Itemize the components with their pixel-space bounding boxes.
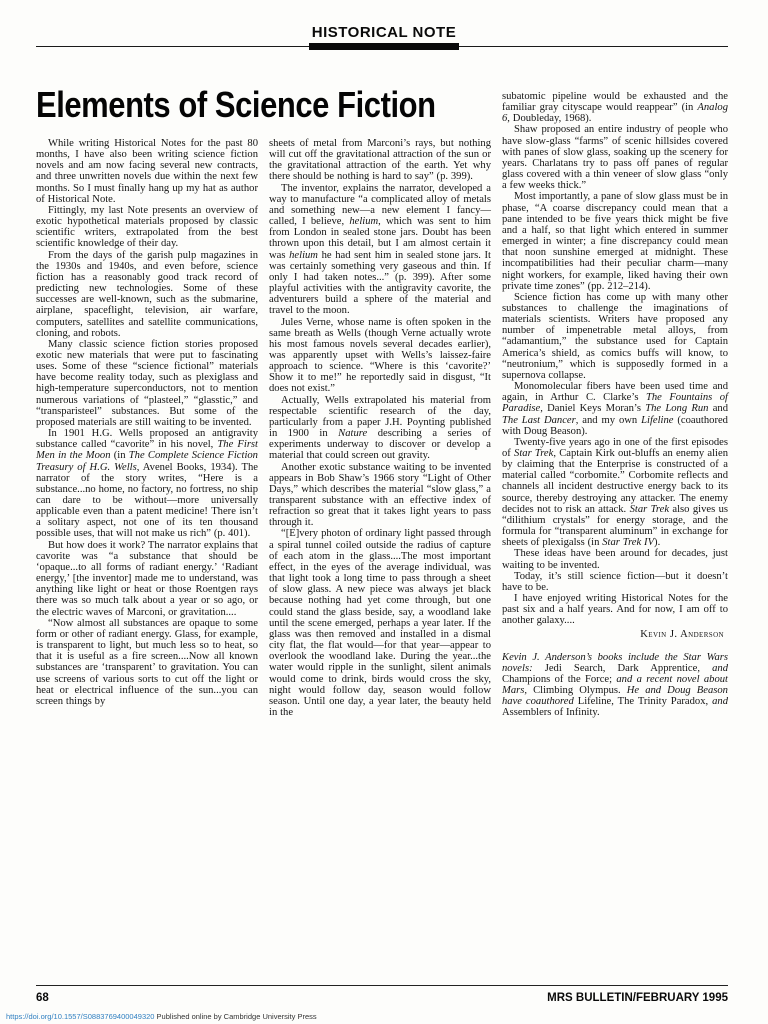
article-body: Elements of Science Fiction While writin… (0, 64, 768, 719)
paragraph: Another exotic substance waiting to be i… (269, 462, 491, 529)
doi-publisher-note: Published online by Cambridge University… (154, 1012, 316, 1021)
paragraph: Actually, Wells extrapolated his materia… (269, 395, 491, 462)
header-rule (0, 43, 768, 53)
magazine-page: HISTORICAL NOTE Elements of Science Fict… (0, 0, 768, 1024)
paragraph: Twenty-five years ago in one of the firs… (502, 437, 728, 549)
column-2: sheets of metal from Marconi’s rays, but… (269, 138, 491, 718)
paragraph: Today, it’s still science fiction—but it… (502, 571, 728, 593)
page-footer: 68 MRS BULLETIN/FEBRUARY 1995 (36, 985, 728, 1004)
article-title: Elements of Science Fiction (36, 84, 427, 126)
paragraph: Monomolecular fibers have been used time… (502, 381, 728, 437)
paragraph: subatomic pipeline would be exhausted an… (502, 91, 728, 124)
paragraph: These ideas have been around for decades… (502, 548, 728, 570)
journal-issue-label: MRS BULLETIN/FEBRUARY 1995 (547, 992, 728, 1004)
author-bio: Kevin J. Anderson’s books include the St… (502, 652, 728, 719)
header-thick-bar (309, 43, 459, 50)
paragraph: While writing Historical Notes for the p… (36, 138, 258, 205)
paragraph: sheets of metal from Marconi’s rays, but… (269, 138, 491, 183)
paragraph: Science fiction has come up with many ot… (502, 292, 728, 381)
page-number: 68 (36, 992, 49, 1004)
paragraph: But how does it work? The narrator expla… (36, 540, 258, 618)
section-header: HISTORICAL NOTE (0, 24, 768, 64)
doi-line: https://doi.org/10.1557/S088376940004932… (6, 1012, 317, 1021)
paragraph: From the days of the garish pulp magazin… (36, 250, 258, 339)
paragraph: Most importantly, a pane of slow glass m… (502, 191, 728, 291)
section-header-label: HISTORICAL NOTE (0, 24, 768, 41)
paragraph: I have enjoyed writing Historical Notes … (502, 593, 728, 626)
paragraph: Fittingly, my last Note presents an over… (36, 205, 258, 250)
paragraph: Shaw proposed an entire industry of peop… (502, 124, 728, 191)
paragraph: “[E]very photon of ordinary light passed… (269, 528, 491, 718)
paragraph: Many classic science fiction stories pro… (36, 339, 258, 428)
paragraph: The inventor, explains the narrator, dev… (269, 183, 491, 317)
paragraph: Jules Verne, whose name is often spoken … (269, 317, 491, 395)
two-columns: While writing Historical Notes for the p… (36, 138, 491, 718)
paragraph: “Now almost all substances are opaque to… (36, 618, 258, 707)
column-3: subatomic pipeline would be exhausted an… (502, 91, 728, 719)
doi-link[interactable]: https://doi.org/10.1557/S088376940004932… (6, 1012, 154, 1021)
author-signature: Kevin J. Anderson (502, 629, 728, 640)
paragraph: In 1901 H.G. Wells proposed an antigravi… (36, 428, 258, 540)
column-1: While writing Historical Notes for the p… (36, 138, 258, 718)
left-columns-wrap: Elements of Science Fiction While writin… (36, 64, 491, 719)
